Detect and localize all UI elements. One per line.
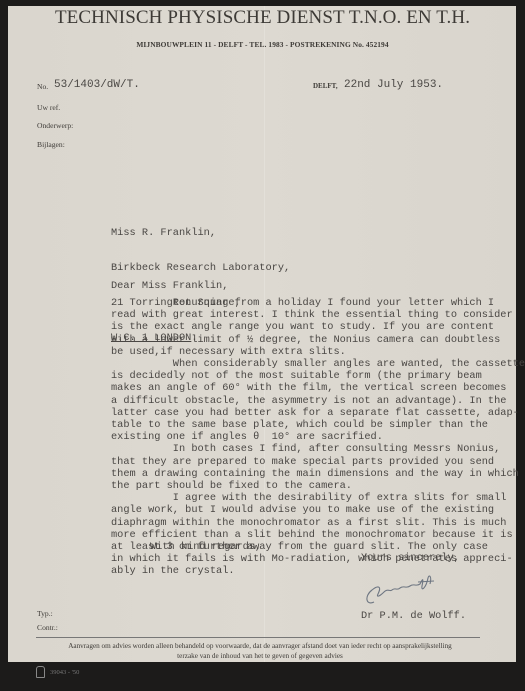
letterhead-address: MIJNBOUWPLEIN 11 - DELFT - TEL. 1983 - P… [0,40,525,49]
recipient-line-1: Miss R. Franklin, [111,225,290,243]
footer-disclaimer: Aanvragen om advies worden alleen behand… [30,642,490,661]
handwritten-signature-icon [362,572,447,608]
letterhead-title: TECHNISCH PHYSISCHE DIENST T.N.O. EN T.H… [0,7,525,29]
sign-off: Yours sincerely, [361,552,460,564]
salutation: Dear Miss Franklin, [111,280,228,292]
signer-name: Dr P.M. de Wolff. [361,610,466,622]
letter-body: Returning from a holiday I found your le… [111,297,525,578]
ref-no-label: No. [37,82,48,91]
closing: With kind regards, [150,541,261,553]
letter-date: 22nd July 1953. [344,79,443,91]
recipient-line-2: Birkbeck Research Laboratory, [111,260,290,278]
ref-no-value: 53/1403/dW/T. [54,79,140,91]
footer-divider [36,637,480,638]
typ-label: Typ.: [37,609,53,618]
crest-icon [36,666,45,678]
uw-ref-label: Uw ref. [37,103,60,112]
contr-label: Contr.: [37,623,58,632]
bijlagen-label: Bijlagen: [37,140,65,149]
city-label: DELFT, [313,82,338,90]
print-code: 39043 - '50 [36,666,79,678]
onderwerp-label: Onderwerp: [37,121,73,130]
